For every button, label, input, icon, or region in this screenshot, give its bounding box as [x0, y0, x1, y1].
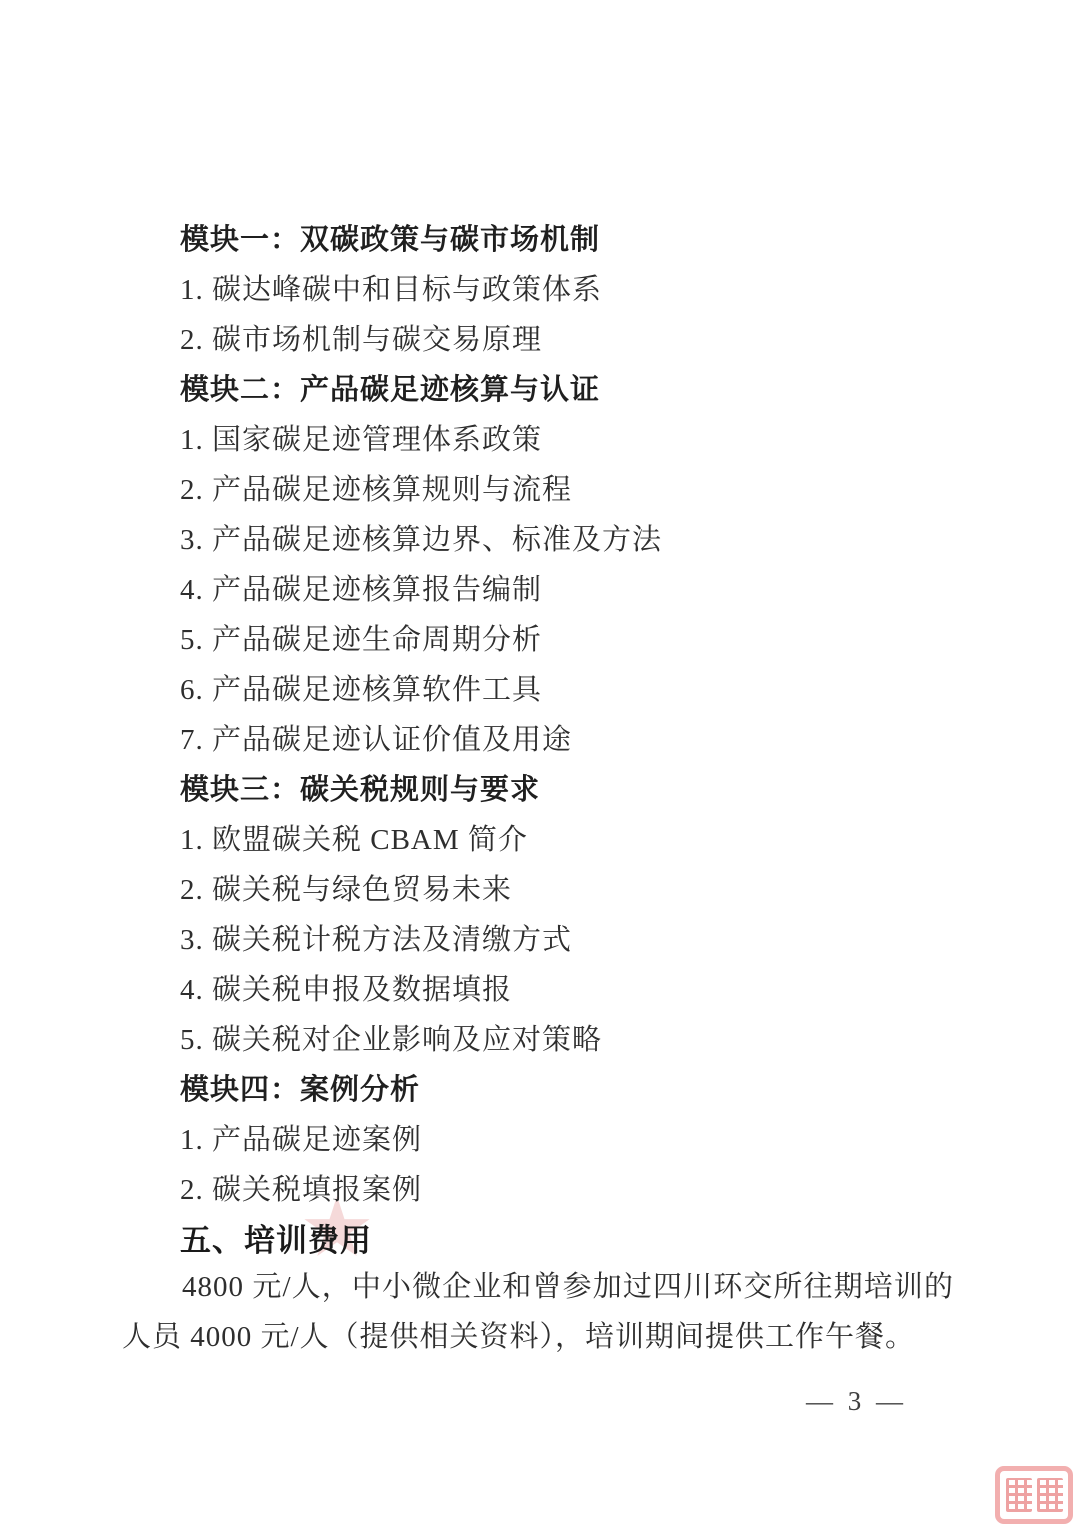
module-3-item: 4. 碳关税申报及数据填报 — [122, 962, 954, 1012]
module-1-item: 1. 碳达峰碳中和目标与政策体系 — [122, 262, 954, 312]
module-1-title: 模块一：双碳政策与碳市场机制 — [122, 212, 954, 262]
module-2-item: 2. 产品碳足迹核算规则与流程 — [122, 462, 954, 512]
module-1-item: 2. 碳市场机制与碳交易原理 — [122, 312, 954, 362]
fee-paragraph: 4800 元/人，中小微企业和曾参加过四川环交所往期培训的人员 4000 元/人… — [122, 1262, 954, 1362]
document-content: 模块一：双碳政策与碳市场机制 1. 碳达峰碳中和目标与政策体系 2. 碳市场机制… — [122, 212, 954, 1362]
module-2-item: 3. 产品碳足迹核算边界、标准及方法 — [122, 512, 954, 562]
seal-stamp-watermark — [995, 1466, 1073, 1524]
module-2-title: 模块二：产品碳足迹核算与认证 — [122, 362, 954, 412]
module-3-item: 3. 碳关税计税方法及清缴方式 — [122, 912, 954, 962]
module-4-item: 1. 产品碳足迹案例 — [122, 1112, 954, 1162]
module-3-item: 5. 碳关税对企业影响及应对策略 — [122, 1012, 954, 1062]
module-2-item: 6. 产品碳足迹核算软件工具 — [122, 662, 954, 712]
module-2-item: 1. 国家碳足迹管理体系政策 — [122, 412, 954, 462]
module-3-item: 1. 欧盟碳关税 CBAM 简介 — [122, 812, 954, 862]
page-number: — 3 — — [806, 1386, 907, 1417]
seal-character-glyph — [1037, 1478, 1063, 1512]
module-2-item: 5. 产品碳足迹生命周期分析 — [122, 612, 954, 662]
seal-character-glyph — [1006, 1478, 1032, 1512]
scanned-document-page: 模块一：双碳政策与碳市场机制 1. 碳达峰碳中和目标与政策体系 2. 碳市场机制… — [0, 0, 1080, 1526]
module-3-item: 2. 碳关税与绿色贸易未来 — [122, 862, 954, 912]
module-3-title: 模块三：碳关税规则与要求 — [122, 762, 954, 812]
module-4-item: 2. 碳关税填报案例 — [122, 1162, 954, 1212]
fee-section-title: 五、培训费用 — [122, 1212, 954, 1262]
module-4-title: 模块四：案例分析 — [122, 1062, 954, 1112]
module-2-item: 4. 产品碳足迹核算报告编制 — [122, 562, 954, 612]
module-2-item: 7. 产品碳足迹认证价值及用途 — [122, 712, 954, 762]
